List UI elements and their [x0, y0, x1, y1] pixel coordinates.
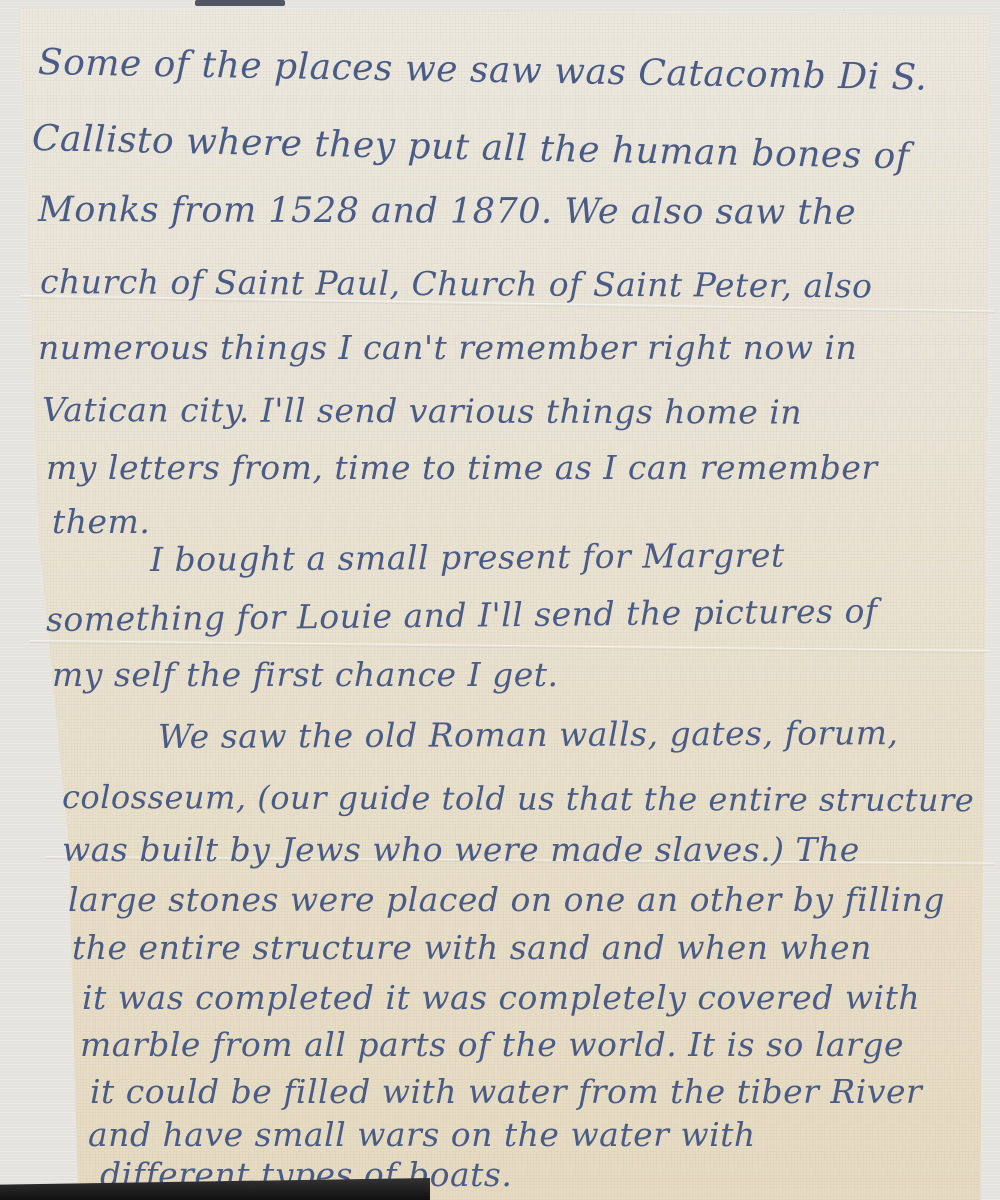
- letter-line: large stones were placed on one an other…: [68, 880, 945, 919]
- letter-line: my letters from, time to time as I can r…: [46, 448, 878, 487]
- letter-body: Some of the places we saw was Catacomb D…: [0, 0, 1000, 1200]
- letter-line: something for Louie and I'll send the pi…: [46, 591, 878, 639]
- letter-line: I bought a small present for Margret: [150, 536, 785, 579]
- letter-line: church of Saint Paul, Church of Saint Pe…: [40, 262, 873, 305]
- letter-line: it could be filled with water from the t…: [90, 1072, 922, 1111]
- letter-line: We saw the old Roman walls, gates, forum…: [158, 713, 899, 756]
- letter-line: was built by Jews who were made slaves.)…: [62, 830, 860, 869]
- letter-line: marble from all parts of the world. It i…: [80, 1025, 904, 1064]
- letter-line: Some of the places we saw was Catacomb D…: [38, 42, 928, 99]
- letter-line: numerous things I can't remember right n…: [38, 328, 857, 367]
- letter-line: them.: [52, 502, 150, 541]
- letter-line: Monks from 1528 and 1870. We also saw th…: [38, 190, 856, 233]
- letter-line: it was completed it was completely cover…: [82, 978, 920, 1017]
- letter-line: the entire structure with sand and when …: [72, 928, 872, 967]
- letter-line: Callisto where they put all the human bo…: [32, 118, 910, 177]
- letter-line: colosseum, (our guide told us that the e…: [62, 778, 974, 819]
- letter-line: my self the first chance I get.: [52, 655, 559, 694]
- letter-line: Vatican city. I'll send various things h…: [42, 390, 802, 432]
- letter-line: and have small wars on the water with: [88, 1115, 756, 1154]
